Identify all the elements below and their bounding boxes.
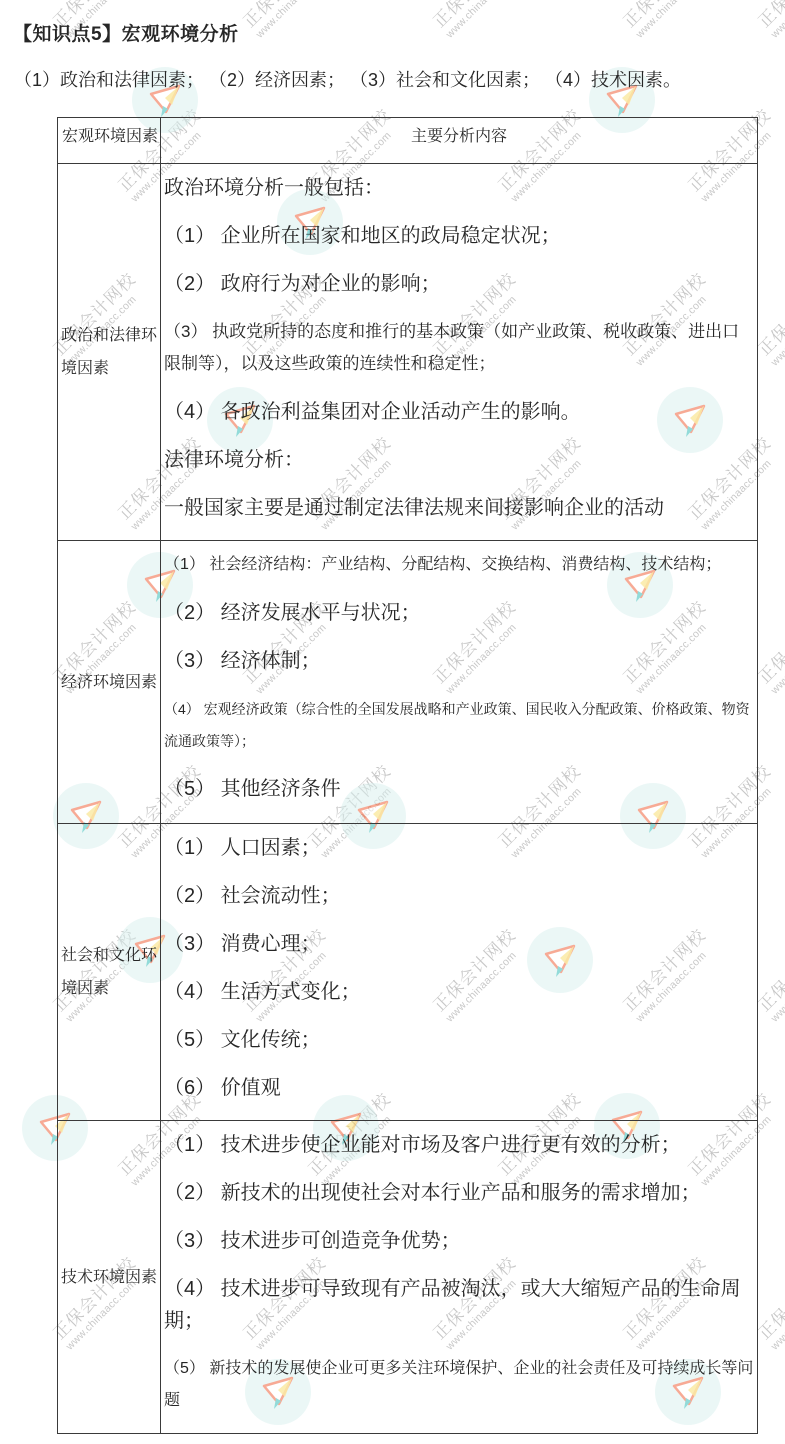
factor-cell: 技术环境因素 [58,1121,161,1434]
analysis-item: （4） 宏观经济政策（综合性的全国发展战略和产业政策、国民收入分配政策、价格政策… [164,693,754,757]
intro-text: （1）政治和法律因素； （2）经济因素； （3）社会和文化因素； （4）技术因素… [14,66,681,92]
analysis-table: 宏观环境因素 主要分析内容 政治和法律环境因素 政治环境分析一般包括： （1） … [57,117,758,1434]
analysis-item: 法律环境分析： [164,444,754,476]
table-header-content: 主要分析内容 [161,118,758,164]
analysis-item: （2） 社会流动性； [164,880,754,912]
table-header-row: 宏观环境因素 主要分析内容 [58,118,758,164]
page-root: 正保会计网校www.chinaacc.com正保会计网校www.chinaacc… [0,0,785,1444]
table-row: 经济环境因素 （1） 社会经济结构：产业结构、分配结构、交换结构、消费结构、技术… [58,541,758,824]
analysis-item: （1） 企业所在国家和地区的政局稳定状况； [164,220,754,252]
table-row: 技术环境因素 （1） 技术进步使企业能对市场及客户进行更有效的分析； （2） 新… [58,1121,758,1434]
analysis-item: （6） 价值观 [164,1072,754,1104]
analysis-item: （3） 技术进步可创造竞争优势； [164,1225,754,1257]
analysis-item: （1） 社会经济结构：产业结构、分配结构、交换结构、消费结构、技术结构； [164,549,754,581]
analysis-item: （5） 文化传统； [164,1024,754,1056]
analysis-item: （2） 政府行为对企业的影响； [164,268,754,300]
analysis-item: （4） 技术进步可导致现有产品被淘汰，或大大缩短产品的生命周期； [164,1273,754,1337]
factor-cell: 政治和法律环境因素 [58,164,161,541]
table-row: 政治和法律环境因素 政治环境分析一般包括： （1） 企业所在国家和地区的政局稳定… [58,164,758,541]
table-header-factor: 宏观环境因素 [58,118,161,164]
analysis-item: （1） 人口因素； [164,832,754,864]
analysis-cell: 政治环境分析一般包括： （1） 企业所在国家和地区的政局稳定状况； （2） 政府… [161,164,758,541]
analysis-item: （3） 消费心理； [164,928,754,960]
factor-cell: 经济环境因素 [58,541,161,824]
analysis-cell: （1） 人口因素； （2） 社会流动性； （3） 消费心理； （4） 生活方式变… [161,824,758,1121]
page-title: 【知识点5】宏观环境分析 [13,19,239,46]
analysis-item: （2） 经济发展水平与状况； [164,597,754,629]
factor-cell: 社会和文化环境因素 [58,824,161,1121]
analysis-item: （5） 新技术的发展使企业可更多关注环境保护、企业的社会责任及可持续成长等问题 [164,1353,754,1417]
content-layer: 【知识点5】宏观环境分析 （1）政治和法律因素； （2）经济因素； （3）社会和… [0,0,785,1444]
analysis-item: （1） 技术进步使企业能对市场及客户进行更有效的分析； [164,1129,754,1161]
analysis-item: （4） 各政治利益集团对企业活动产生的影响。 [164,396,754,428]
table-row: 社会和文化环境因素 （1） 人口因素； （2） 社会流动性； （3） 消费心理；… [58,824,758,1121]
analysis-cell: （1） 技术进步使企业能对市场及客户进行更有效的分析； （2） 新技术的出现使社… [161,1121,758,1434]
analysis-item: 一般国家主要是通过制定法律法规来间接影响企业的活动 [164,492,754,524]
analysis-item: （5） 其他经济条件 [164,773,754,805]
analysis-item: （4） 生活方式变化； [164,976,754,1008]
analysis-item: （3） 执政党所持的态度和推行的基本政策（如产业政策、税收政策、进出口限制等），… [164,316,754,380]
analysis-item: （2） 新技术的出现使社会对本行业产品和服务的需求增加； [164,1177,754,1209]
analysis-cell: （1） 社会经济结构：产业结构、分配结构、交换结构、消费结构、技术结构； （2）… [161,541,758,824]
analysis-item: （3） 经济体制； [164,645,754,677]
analysis-item: 政治环境分析一般包括： [164,172,754,204]
